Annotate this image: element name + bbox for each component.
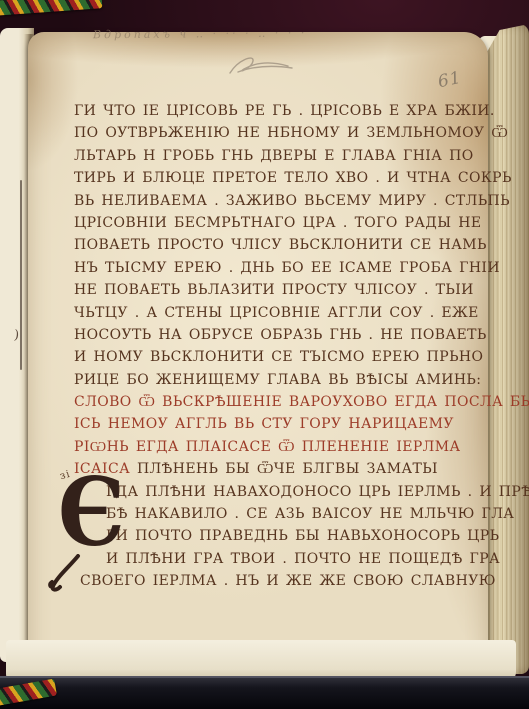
pencil-flourish [224,52,298,80]
endband-braid-top [0,0,102,16]
ornate-initial: Є [54,468,106,590]
manuscript-line: НЪ ТЬІСМУ ЕРЕЮ . ДНЬ БО ЕЕ ІСАМЕ ГРОБА Г… [74,257,480,279]
manuscript-line: ЧЬТЦУ . А СТЕНЫ ЦРІСОВНІЕ АГГЛИ СОУ . ЕЖ… [74,302,480,324]
manuscript-line: ЛЬТАРЬ Н ГРОБЬ ГНЬ ДВЕРЫ Е ГЛАВА ГНІА ПО [74,145,480,167]
manuscript-line: РІѠНЬ ЕГДА ПЛАІСАСЕ Ѿ ПЛЕНЕНІЕ ІЕРЛМА [74,436,480,458]
manuscript-line: И ПЛѢНИ ГРА ТВОИ . ПОЧТО НЕ ПОЩЕДѢ ГРА [74,548,480,570]
manuscript-line: ТИРЬ И БЛЮЦЕ ПРЕТОЕ ТЕЛО ХВО . И ЧТНА СО… [74,167,480,189]
manuscript-line: СВОЕГО ІЕРЛМА . НЪ И ЖЕ ЖЕ СВОЮ СЛАВНУЮ [74,570,480,592]
manuscript-line: РИЦЕ БО ЖЕНИЩЕМУ ГЛАВА ВЬ ВѢІСЫ АМИНЬ: [74,369,480,391]
manuscript-line: ГДА ПЛѢНИ НАВАХОДОНОСО ЦРЬ ІЕРЛМЬ . И ПР… [74,481,480,503]
manuscript-line: ГИ ЧТО ІЕ ЦРІСОВЬ РЕ ГЬ . ЦРІСОВЬ Е ХРА … [74,100,480,122]
book-cover-edge [0,676,529,709]
manuscript-line-segment: ПЛѢНЕНЬ БЫ ѾЧЕ БЛГВЫ ЗАМАТЬІ [137,461,438,477]
manuscript-line: И НОМУ ВЬСКЛОНИТИ СЕ ТЪІСМО ЕРЕЮ ПРЬНО [74,346,480,368]
manuscript-line: ЦРІСОВНІИ БЕСМРЬТНАГО ЦРА . ТОГО РАДЫ НЕ [74,212,480,234]
manuscript-line: СЛОВО Ѿ ВЬСКРѢШЕНІЕ ВАРОУХОВО ЕГДА ПОСЛА… [74,391,480,413]
cover-edge-highlight [0,676,529,678]
manuscript-line: ІСАІСА ПЛѢНЕНЬ БЫ ѾЧЕ БЛГВЫ ЗАМАТЬІ [74,458,480,480]
gutter-crease [20,180,22,370]
manuscript-line: ПО ОУТВРЬЖЕНІЮ НЕ НБНОМУ И ЗЕМЛЬНОМОУ Ѿ [74,122,480,144]
text-block: ГИ ЧТО ІЕ ЦРІСОВЬ РЕ ГЬ . ЦРІСОВЬ Е ХРА … [74,100,480,593]
manuscript-line: БѢ НАКАВИЛО . СЕ АЗЬ ВАІСОУ НЕ МЛЬЧЮ ГЛА [74,503,480,525]
manuscript-line: НОСОУТЬ НА ОБРУСЕ ОБРАЗЬ ГНЬ . НЕ ПОВАЕТ… [74,324,480,346]
manuscript-photo: ) Вдропахъ ч ‥ · ·· · ‥ · · · 61 ГИ ЧТО … [0,0,529,709]
manuscript-line: НЕ ПОВАЕТЬ ВЬЛАЗИТИ ПРОСТУ ЧЛІСОУ . ТЬІИ [74,279,480,301]
initial-letter-glyph: Є [58,465,125,559]
manuscript-line: ВЬ НЕЛИВАЕМА . ЗАЖИВО ВЬСЕМУ МИРУ . СТЛЬ… [74,190,480,212]
manuscript-line: ПОВАЕТЬ ПРОСТО ЧЛІСУ ВЬСКЛОНИТИ СЕ НАМЬ [74,234,480,256]
manuscript-line: ІСЬ НЕМОУ АГГЛЬ ВЬ СТУ ГОРУ НАРИЦАЕМУ [74,413,480,435]
manuscript-line: ГИ ПОЧТО ПРАВЕДНЬ БЫ НАВЬХОНОСОРЬ ЦРЬ [74,525,480,547]
head-margin-scribble: Вдропахъ ч ‥ · ·· · ‥ · · · [93,26,383,42]
initial-tail-flourish [48,554,88,594]
